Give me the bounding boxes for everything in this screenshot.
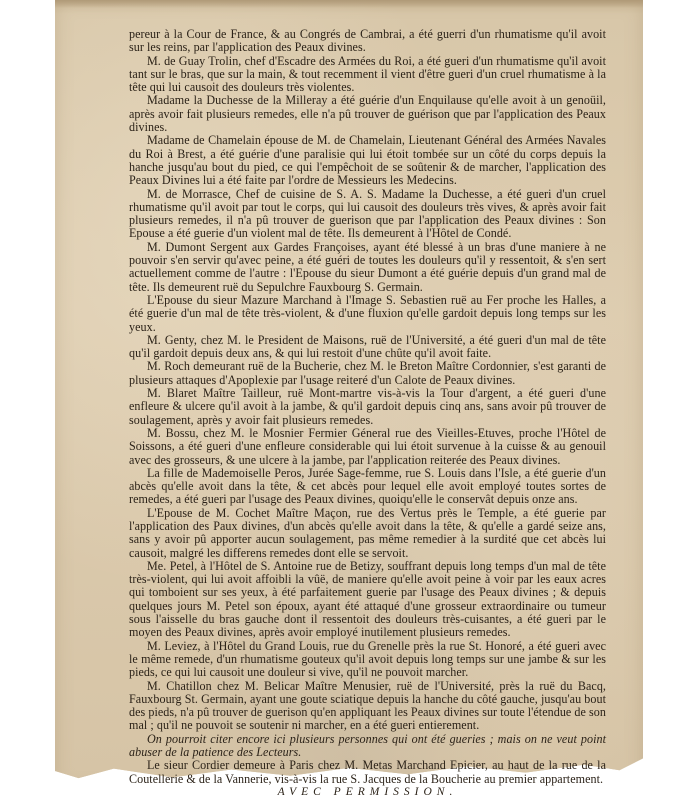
document-body: pereur à la Cour de France, & au Congrés… xyxy=(129,28,606,799)
paragraph-closing-note: On pourroit citer encore ici plusieurs p… xyxy=(129,733,606,760)
paragraph-cochet: L'Epouse de M. Cochet Maître Maçon, rue … xyxy=(129,507,606,560)
paragraph-chamelain: Madame de Chamelain épouse de M. de Cham… xyxy=(129,134,606,187)
seller-address: Le sieur Cordier demeure à Paris chez M.… xyxy=(129,759,606,786)
permission-line: AVEC PERMISSION. xyxy=(129,786,606,799)
paragraph-mazure: L'Epouse du sieur Mazure Marchand à l'Im… xyxy=(129,294,606,334)
paragraph-peros: La fille de Mademoiselle Peros, Jurée Sa… xyxy=(129,467,606,507)
paragraph-chatillon: M. Chatillon chez M. Belicar Maître Menu… xyxy=(129,680,606,733)
paragraph-dumont: M. Dumont Sergent aux Gardes Françoises,… xyxy=(129,241,606,294)
paragraph-continuation: pereur à la Cour de France, & au Congrés… xyxy=(129,28,606,55)
paragraph-morrasce: M. de Morrasce, Chef de cuisine de S. A.… xyxy=(129,188,606,241)
paragraph-roch: M. Roch demeurant ruë de la Bucherie, ch… xyxy=(129,360,606,387)
paragraph-petel: Me. Petel, à l'Hôtel de S. Antoine rue d… xyxy=(129,560,606,640)
paragraph-guay-trolin: M. de Guay Trolin, chef d'Escadre des Ar… xyxy=(129,55,606,95)
paragraph-duchesse-milleray: Madame la Duchesse de la Milleray a été … xyxy=(129,94,606,134)
paragraph-genty: M. Genty, chez M. le President de Maison… xyxy=(129,334,606,361)
paper-top-edge xyxy=(55,0,643,8)
paragraph-bossu: M. Bossu, chez M. le Mosnier Fermier Gén… xyxy=(129,427,606,467)
paragraph-blaret: M. Blaret Maître Tailleur, ruë Mont-mart… xyxy=(129,387,606,427)
paragraph-leviez: M. Leviez, à l'Hôtel du Grand Louis, rue… xyxy=(129,640,606,680)
